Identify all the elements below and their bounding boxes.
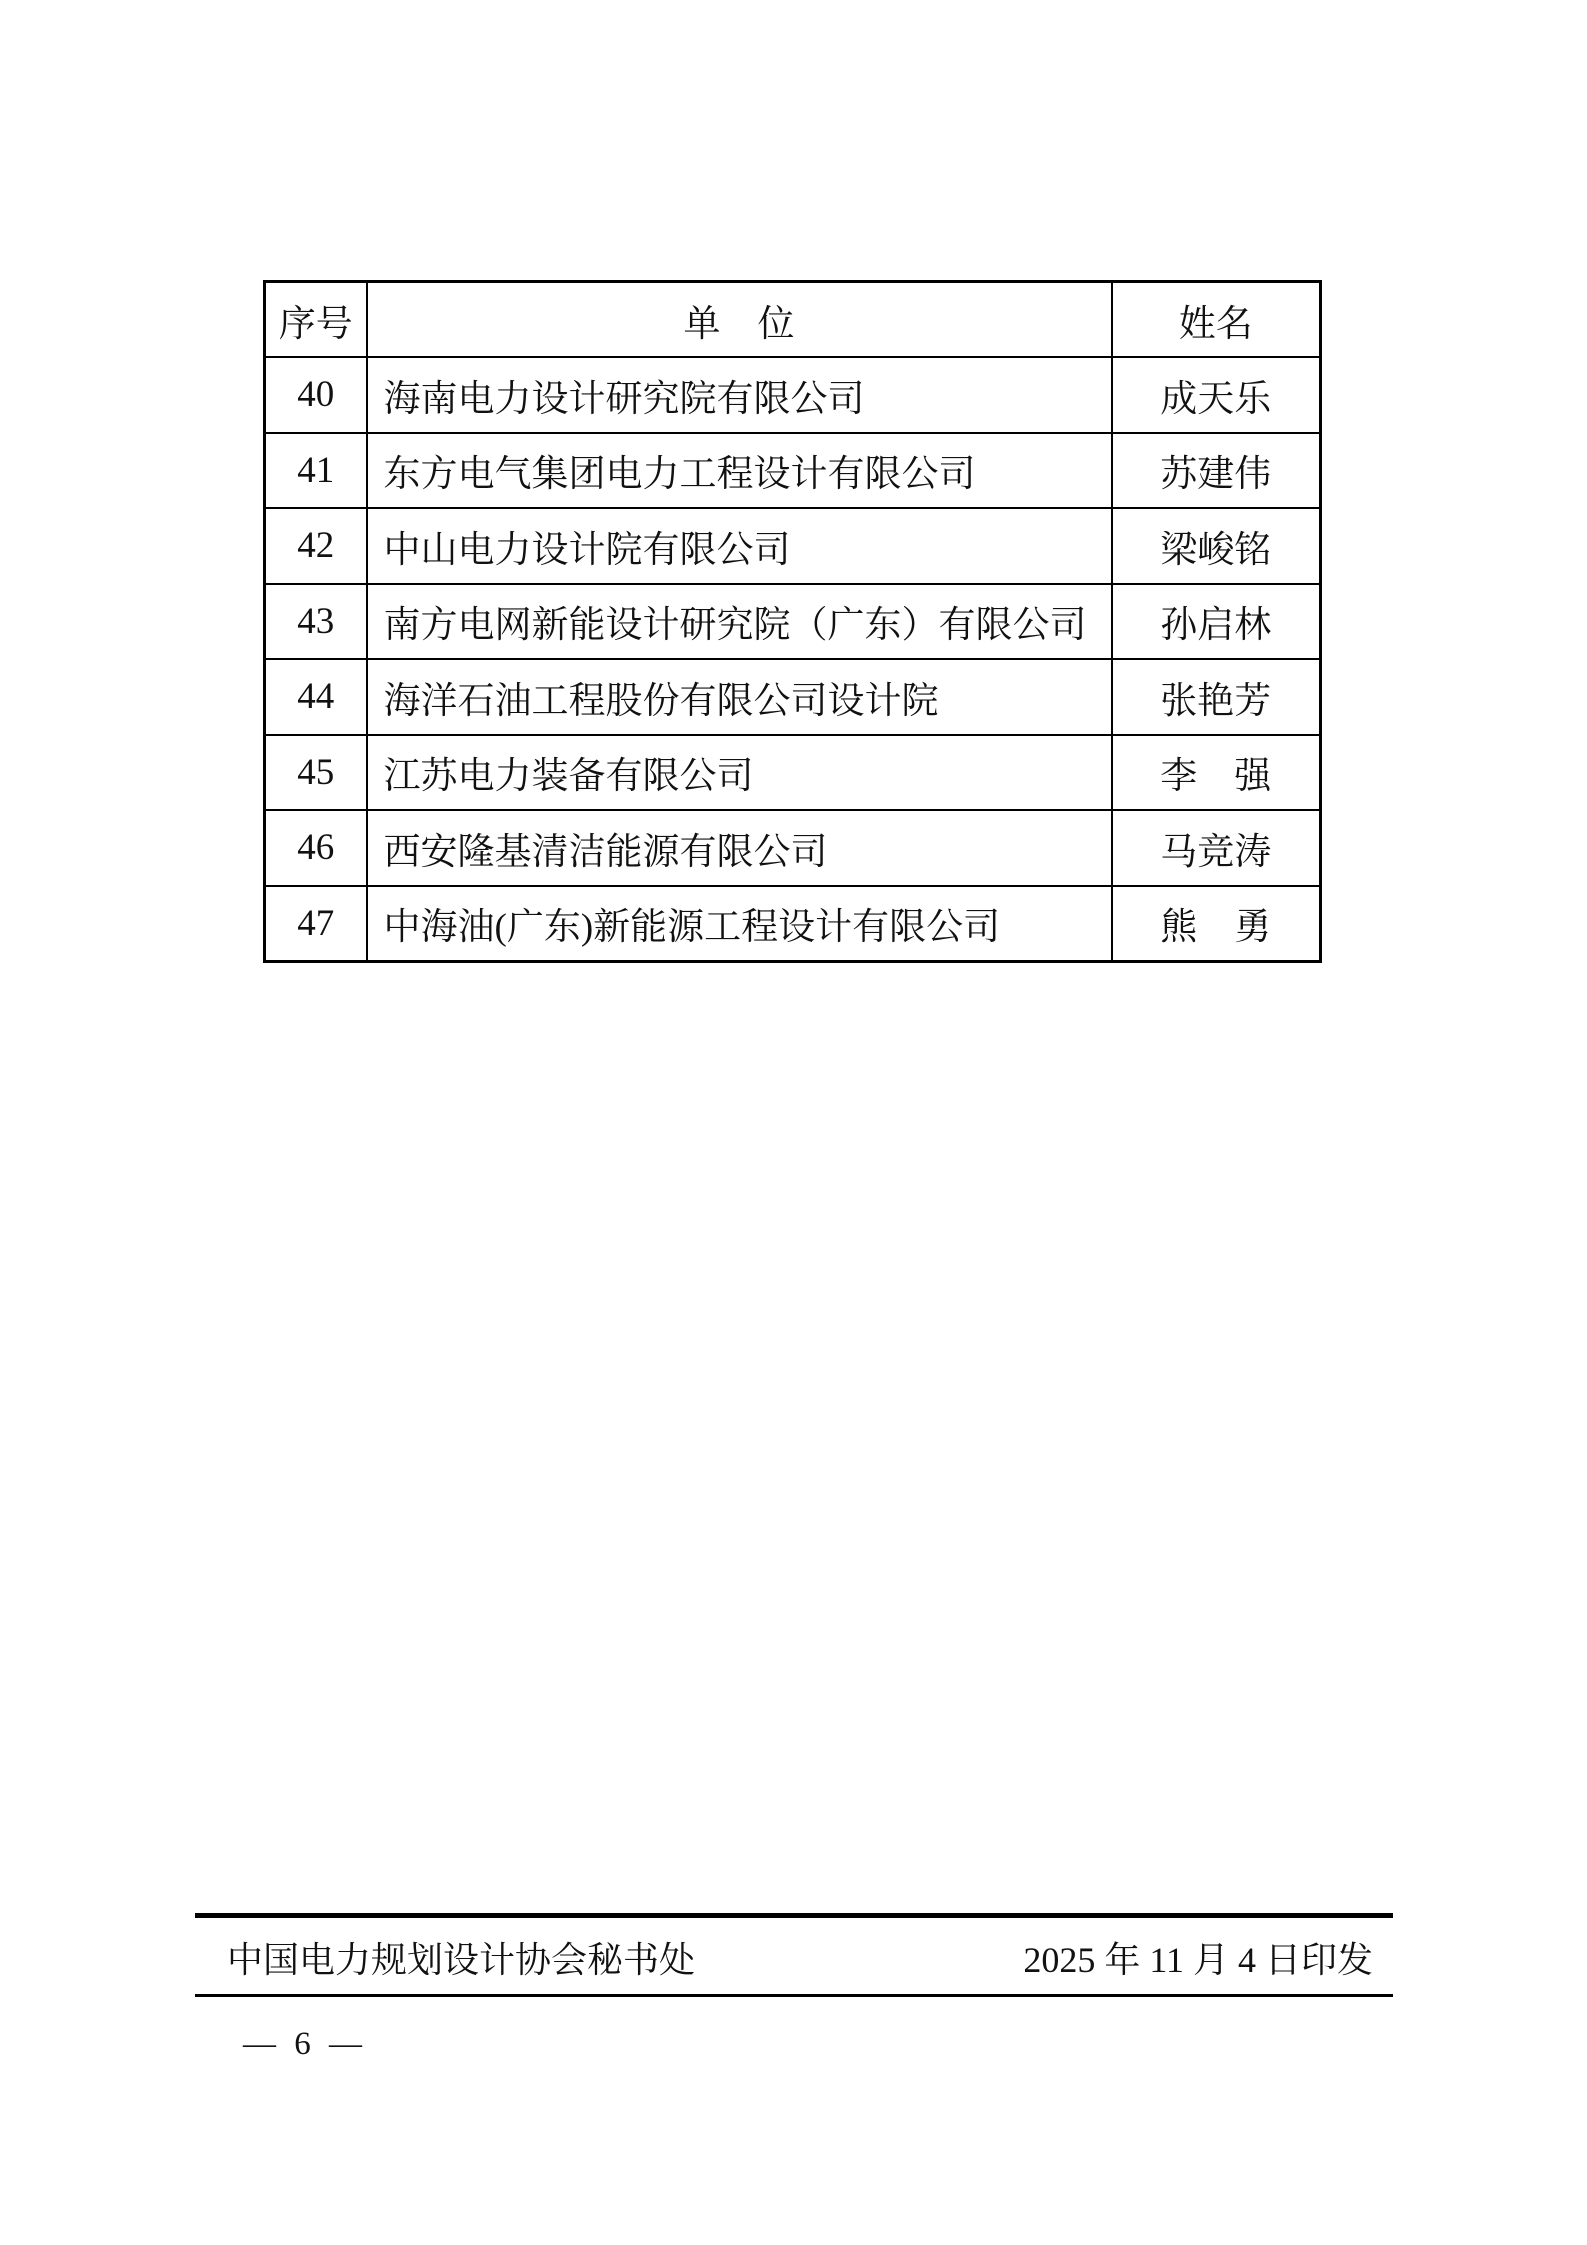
- table-row: 45 江苏电力装备有限公司 李 强: [265, 735, 1321, 811]
- table-row: 42 中山电力设计院有限公司 梁峻铭: [265, 508, 1321, 584]
- document-page: 序号 单 位 姓名 40 海南电力设计研究院有限公司 成天乐 41 东方电气集团…: [0, 0, 1587, 2245]
- table-row: 40 海南电力设计研究院有限公司 成天乐: [265, 357, 1321, 433]
- cell-index: 44: [265, 659, 367, 735]
- cell-unit: 东方电气集团电力工程设计有限公司: [367, 433, 1112, 509]
- cell-unit: 中山电力设计院有限公司: [367, 508, 1112, 584]
- footer-issuer: 中国电力规划设计协会秘书处: [227, 1932, 695, 1983]
- table-row: 41 东方电气集团电力工程设计有限公司 苏建伟: [265, 433, 1321, 509]
- page-number: — 6 —: [243, 2026, 367, 2063]
- table-row: 46 西安隆基清洁能源有限公司 马竞涛: [265, 810, 1321, 886]
- cell-unit: 海南电力设计研究院有限公司: [367, 357, 1112, 433]
- cell-unit: 西安隆基清洁能源有限公司: [367, 810, 1112, 886]
- footer-rule-top: [195, 1913, 1393, 1918]
- cell-name: 梁峻铭: [1112, 508, 1321, 584]
- cell-name: 成天乐: [1112, 357, 1321, 433]
- table-header-row: 序号 单 位 姓名: [265, 282, 1321, 358]
- cell-unit: 南方电网新能设计研究院（广东）有限公司: [367, 584, 1112, 660]
- cell-unit: 海洋石油工程股份有限公司设计院: [367, 659, 1112, 735]
- cell-index: 43: [265, 584, 367, 660]
- cell-index: 47: [265, 886, 367, 962]
- table-row: 47 中海油(广东)新能源工程设计有限公司 熊 勇: [265, 886, 1321, 962]
- table-row: 44 海洋石油工程股份有限公司设计院 张艳芳: [265, 659, 1321, 735]
- roster-table: 序号 单 位 姓名 40 海南电力设计研究院有限公司 成天乐 41 东方电气集团…: [263, 280, 1322, 963]
- cell-name: 张艳芳: [1112, 659, 1321, 735]
- cell-unit: 江苏电力装备有限公司: [367, 735, 1112, 811]
- footer-print-date: 2025 年 11 月 4 日印发: [1023, 1932, 1373, 1983]
- cell-index: 41: [265, 433, 367, 509]
- cell-name: 苏建伟: [1112, 433, 1321, 509]
- header-cell-unit: 单 位: [367, 282, 1112, 358]
- cell-index: 46: [265, 810, 367, 886]
- cell-name: 熊 勇: [1112, 886, 1321, 962]
- table-row: 43 南方电网新能设计研究院（广东）有限公司 孙启林: [265, 584, 1321, 660]
- cell-name: 马竞涛: [1112, 810, 1321, 886]
- cell-index: 45: [265, 735, 367, 811]
- cell-index: 42: [265, 508, 367, 584]
- header-cell-index: 序号: [265, 282, 367, 358]
- cell-index: 40: [265, 357, 367, 433]
- header-cell-name: 姓名: [1112, 282, 1321, 358]
- footer-bar: 中国电力规划设计协会秘书处 2025 年 11 月 4 日印发: [227, 1934, 1373, 1980]
- cell-name: 孙启林: [1112, 584, 1321, 660]
- cell-unit: 中海油(广东)新能源工程设计有限公司: [367, 886, 1112, 962]
- cell-name: 李 强: [1112, 735, 1321, 811]
- footer-rule-bottom: [195, 1994, 1393, 1997]
